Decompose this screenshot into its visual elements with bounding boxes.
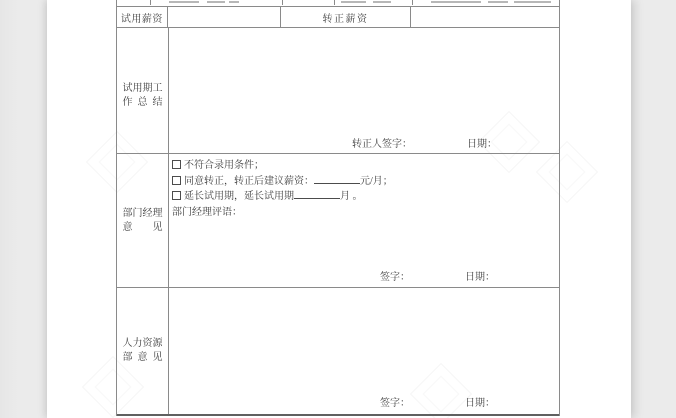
table-row-work-summary: 试用期工 作 总 结 转正人签字： 日期： bbox=[117, 28, 559, 154]
extend-months-blank-field[interactable] bbox=[294, 189, 340, 199]
probation-salary-value-cell[interactable] bbox=[168, 7, 281, 27]
option-approve-regularization: 同意转正，转正后建议薪资：元/月； bbox=[172, 174, 559, 190]
option-approve-unit-label: 元/月； bbox=[360, 176, 393, 187]
option-approve-label: 同意转正，转正后建议薪资： bbox=[184, 176, 314, 187]
manager-opinion-content-cell[interactable]: 不符合录用条件； 同意转正，转正后建议薪资：元/月； 延长试用期，延长试用期月 … bbox=[169, 154, 559, 287]
manager-comment-label: 部门经理评语： bbox=[172, 205, 559, 221]
manager-option-list: 不符合录用条件； 同意转正，转正后建议薪资：元/月； 延长试用期，延长试用期月 … bbox=[169, 154, 559, 220]
option-extend-probation: 延长试用期，延长试用期月 。 bbox=[172, 189, 559, 205]
manager-sign-label: 签字： bbox=[380, 268, 410, 283]
clipped-text-fragment bbox=[514, 1, 551, 3]
table-row-salary: 试用薪资 转正薪资 bbox=[117, 7, 559, 28]
table-row-hr-opinion: 人力资源 部 意 见 签字： 日期： bbox=[117, 288, 559, 416]
clipped-text-fragment bbox=[373, 1, 391, 3]
regular-salary-label: 转正薪资 bbox=[322, 10, 368, 25]
regular-salary-label-cell: 转正薪资 bbox=[281, 7, 410, 27]
manager-opinion-label-cell: 部门经理 意 见 bbox=[117, 154, 169, 287]
probation-salary-label-cell: 试用薪资 bbox=[117, 7, 168, 27]
regular-salary-value-cell[interactable] bbox=[411, 7, 559, 27]
signer-signature-label: 转正人签字： bbox=[352, 135, 412, 150]
manager-date-label: 日期： bbox=[465, 268, 495, 283]
option-extend-unit-label: 月 。 bbox=[340, 191, 363, 202]
probation-salary-label: 试用薪资 bbox=[121, 10, 163, 25]
table-row-cutoff bbox=[117, 0, 559, 7]
cell-border bbox=[334, 0, 335, 5]
hr-sign-label: 签字： bbox=[380, 394, 410, 409]
checkbox-extend-probation[interactable] bbox=[172, 191, 181, 200]
cell-border bbox=[282, 0, 283, 5]
probation-approval-form-table: 试用薪资 转正薪资 试用期工 作 总 结 转正人签字： 日期： bbox=[116, 0, 560, 416]
hr-opinion-content-cell[interactable]: 签字： 日期： bbox=[169, 288, 559, 414]
clipped-text-fragment bbox=[488, 1, 508, 3]
manager-opinion-label-line2: 意 见 bbox=[123, 221, 163, 235]
checkbox-approve-regularization[interactable] bbox=[172, 176, 181, 185]
hr-signature-line: 签字： 日期： bbox=[169, 394, 559, 406]
option-not-qualified-label: 不符合录用条件； bbox=[184, 160, 264, 171]
cell-border bbox=[150, 0, 151, 5]
document-page: 试用薪资 转正薪资 试用期工 作 总 结 转正人签字： 日期： bbox=[47, 0, 631, 418]
clipped-text-fragment bbox=[169, 1, 199, 3]
work-summary-label-line1: 试用期工 bbox=[123, 82, 163, 96]
work-summary-label-line2: 作 总 结 bbox=[123, 96, 163, 110]
hr-opinion-label-line2: 部 意 见 bbox=[123, 351, 163, 365]
checkbox-not-qualified[interactable] bbox=[172, 160, 181, 169]
manager-opinion-label-line1: 部门经理 bbox=[123, 207, 163, 221]
work-summary-label-cell: 试用期工 作 总 结 bbox=[117, 28, 169, 153]
option-not-qualified: 不符合录用条件； bbox=[172, 158, 559, 174]
work-summary-content-cell[interactable]: 转正人签字： 日期： bbox=[169, 28, 559, 153]
cell-border bbox=[412, 0, 413, 5]
hr-opinion-label-line1: 人力资源 bbox=[123, 337, 163, 351]
clipped-text-fragment bbox=[431, 1, 481, 3]
suggested-salary-blank-field[interactable] bbox=[314, 174, 360, 184]
hr-date-label: 日期： bbox=[465, 394, 495, 409]
table-row-manager-opinion: 部门经理 意 见 不符合录用条件； 同意转正，转正后建议薪资：元/月； 延长试用… bbox=[117, 154, 559, 288]
option-extend-label: 延长试用期，延长试用期 bbox=[184, 191, 294, 202]
hr-opinion-label-cell: 人力资源 部 意 见 bbox=[117, 288, 169, 414]
clipped-text-fragment bbox=[229, 1, 239, 3]
work-summary-signature-line: 转正人签字： 日期： bbox=[169, 135, 559, 147]
clipped-text-fragment bbox=[207, 1, 225, 3]
signature-date-label: 日期： bbox=[467, 135, 497, 150]
manager-signature-line: 签字： 日期： bbox=[169, 268, 559, 280]
clipped-text-fragment bbox=[341, 1, 366, 3]
screenshot-root: { "colors": { "canvas_bg": "#ebebeb", "p… bbox=[0, 0, 676, 418]
